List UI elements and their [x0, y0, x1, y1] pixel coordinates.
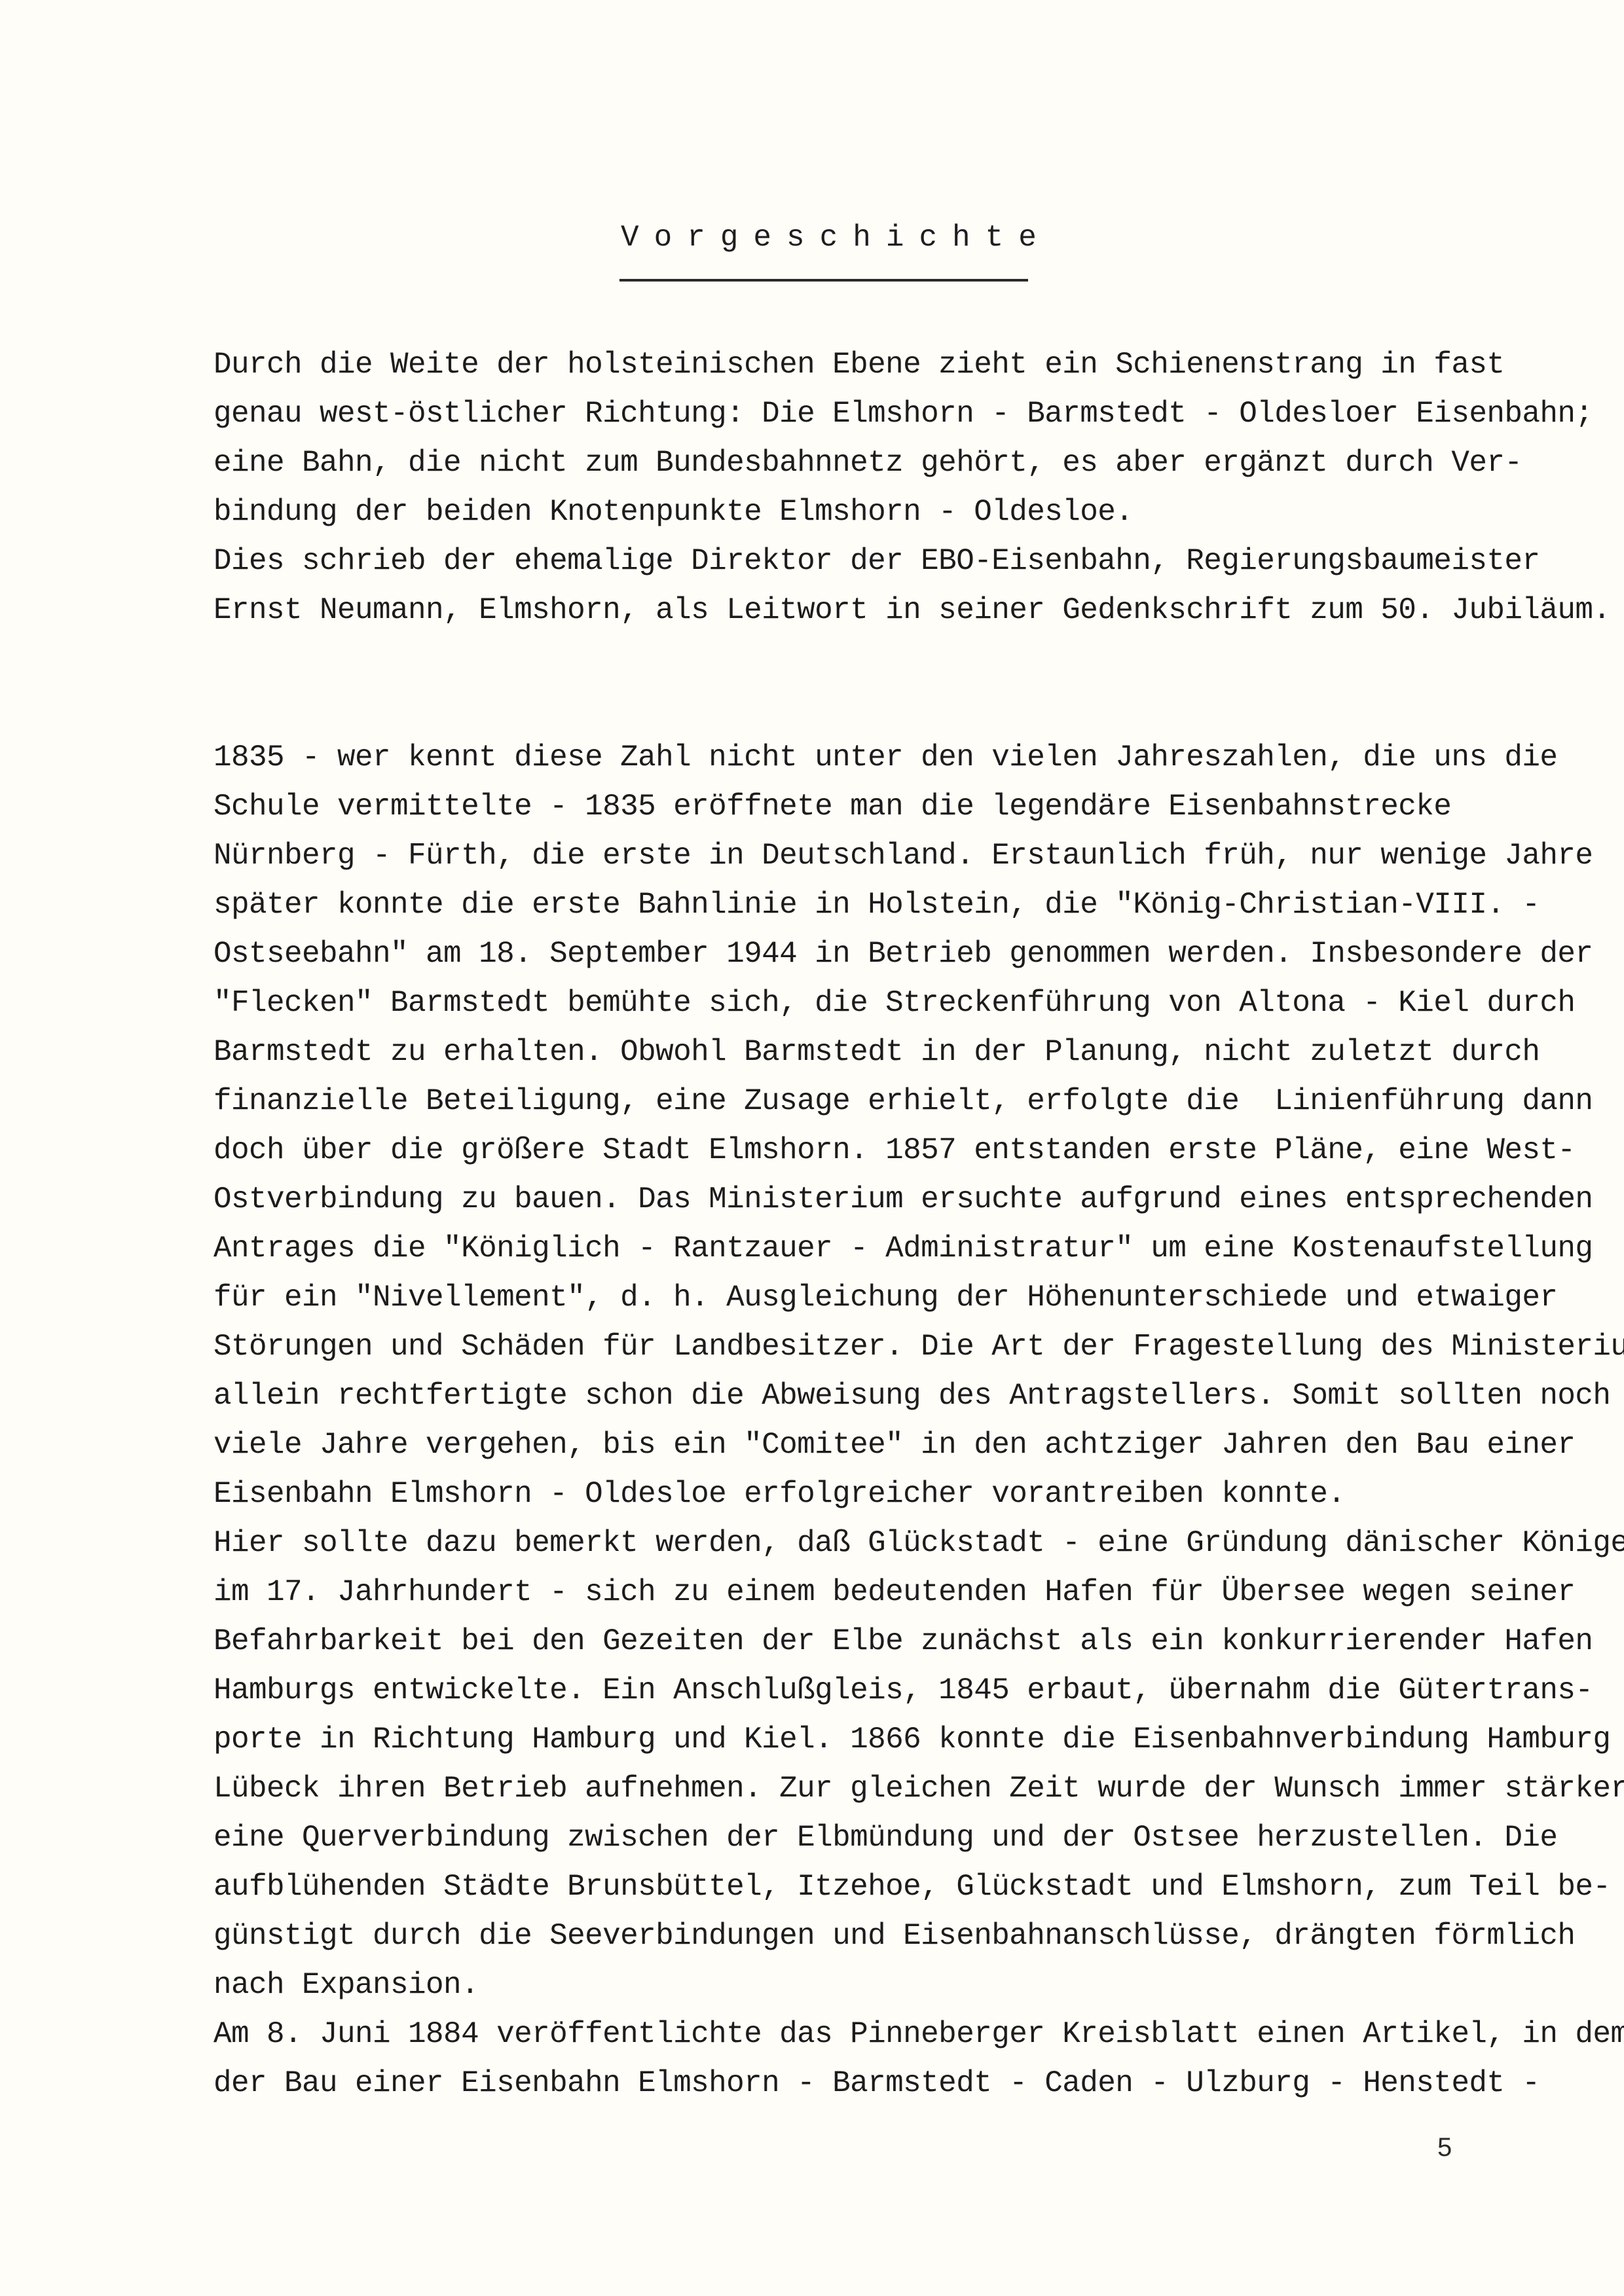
text-line: günstigt durch die Seeverbindungen und E…: [213, 1912, 1589, 1961]
text-line: Schule vermittelte - 1835 eröffnete man …: [213, 782, 1589, 831]
text-line: Lübeck ihren Betrieb aufnehmen. Zur glei…: [213, 1764, 1589, 1813]
text-line: viele Jahre vergehen, bis ein "Comitee" …: [213, 1421, 1589, 1470]
text-line: porte in Richtung Hamburg und Kiel. 1866…: [213, 1715, 1589, 1764]
text-line: Ostseebahn" am 18. September 1944 in Bet…: [213, 930, 1589, 979]
page-number: 5: [1437, 2133, 1452, 2162]
paragraph-gap: [213, 635, 1589, 733]
text-line: nach Expansion.: [213, 1961, 1589, 2010]
text-line: Dies schrieb der ehemalige Direktor der …: [213, 537, 1589, 586]
text-line: allein rechtfertigte schon die Abweisung…: [213, 1372, 1589, 1421]
text-line: Durch die Weite der holsteinischen Ebene…: [213, 340, 1589, 390]
text-line: genau west-östlicher Richtung: Die Elmsh…: [213, 390, 1589, 439]
text-line: der Bau einer Eisenbahn Elmshorn - Barms…: [213, 2059, 1589, 2108]
text-line: finanzielle Beteiligung, eine Zusage erh…: [213, 1077, 1589, 1126]
text-line: doch über die größere Stadt Elmshorn. 18…: [213, 1126, 1589, 1175]
text-line: 1835 - wer kennt diese Zahl nicht unter …: [213, 733, 1589, 782]
text-line: Antrages die "Königlich - Rantzauer - Ad…: [213, 1224, 1589, 1273]
text-line: Hier sollte dazu bemerkt werden, daß Glü…: [213, 1519, 1589, 1568]
text-line: aufblühenden Städte Brunsbüttel, Itzehoe…: [213, 1863, 1589, 1912]
text-line: bindung der beiden Knotenpunkte Elmshorn…: [213, 488, 1589, 537]
page-title: Vorgeschichte: [621, 223, 1052, 253]
text-line: Ostverbindung zu bauen. Das Ministerium …: [213, 1175, 1589, 1224]
text-line: Barmstedt zu erhalten. Obwohl Barmstedt …: [213, 1028, 1589, 1077]
text-line: "Flecken" Barmstedt bemühte sich, die St…: [213, 979, 1589, 1028]
text-line: Am 8. Juni 1884 veröffentlichte das Pinn…: [213, 2010, 1589, 2059]
title-underline: [619, 279, 1028, 282]
body-text: Durch die Weite der holsteinischen Ebene…: [213, 340, 1589, 2108]
paragraph-intro: Durch die Weite der holsteinischen Ebene…: [213, 340, 1589, 635]
text-line: später konnte die erste Bahnlinie in Hol…: [213, 881, 1589, 930]
text-line: im 17. Jahrhundert - sich zu einem bedeu…: [213, 1568, 1589, 1617]
text-line: Befahrbarkeit bei den Gezeiten der Elbe …: [213, 1617, 1589, 1666]
text-line: Ernst Neumann, Elmshorn, als Leitwort in…: [213, 586, 1589, 635]
document-page: Vorgeschichte Durch die Weite der holste…: [0, 0, 1624, 2296]
text-line: für ein "Nivellement", d. h. Ausgleichun…: [213, 1273, 1589, 1322]
text-line: Eisenbahn Elmshorn - Oldesloe erfolgreic…: [213, 1470, 1589, 1519]
text-line: eine Querverbindung zwischen der Elbmünd…: [213, 1813, 1589, 1863]
text-line: Hamburgs entwickelte. Ein Anschlußgleis,…: [213, 1666, 1589, 1715]
text-line: Nürnberg - Fürth, die erste in Deutschla…: [213, 831, 1589, 881]
text-line: eine Bahn, die nicht zum Bundesbahnnetz …: [213, 439, 1589, 488]
text-line: Störungen und Schäden für Landbesitzer. …: [213, 1322, 1589, 1372]
paragraph-history: 1835 - wer kennt diese Zahl nicht unter …: [213, 733, 1589, 2108]
